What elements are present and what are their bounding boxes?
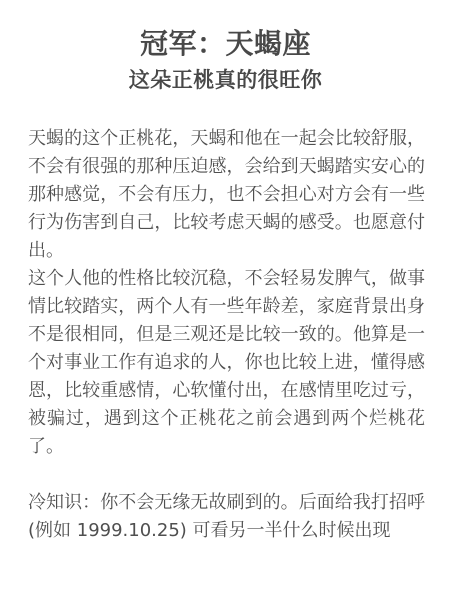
- footer-note: 冷知识：你不会无缘无故刷到的。后面给我打招呼 (例如 1999.10.25) 可…: [28, 489, 425, 545]
- post-image-page: 冠军：天蝎座 这朵正桃真的很旺你 天蝎的这个正桃花，天蝎和他在一起会比较舒服，不…: [0, 0, 451, 600]
- paragraph-2: 这个人他的性格比较沉稳，不会轻易发脾气，做事情比较踏实，两个人有一些年龄差，家庭…: [28, 265, 425, 461]
- body-text-block: 天蝎的这个正桃花，天蝎和他在一起会比较舒服，不会有很强的那种压迫感，会给到天蝎踏…: [0, 125, 451, 545]
- paragraph-1: 天蝎的这个正桃花，天蝎和他在一起会比较舒服，不会有很强的那种压迫感，会给到天蝎踏…: [28, 125, 425, 265]
- page-subtitle: 这朵正桃真的很旺你: [0, 65, 451, 95]
- page-title: 冠军：天蝎座: [0, 27, 451, 60]
- header: 冠军：天蝎座 这朵正桃真的很旺你: [0, 0, 451, 95]
